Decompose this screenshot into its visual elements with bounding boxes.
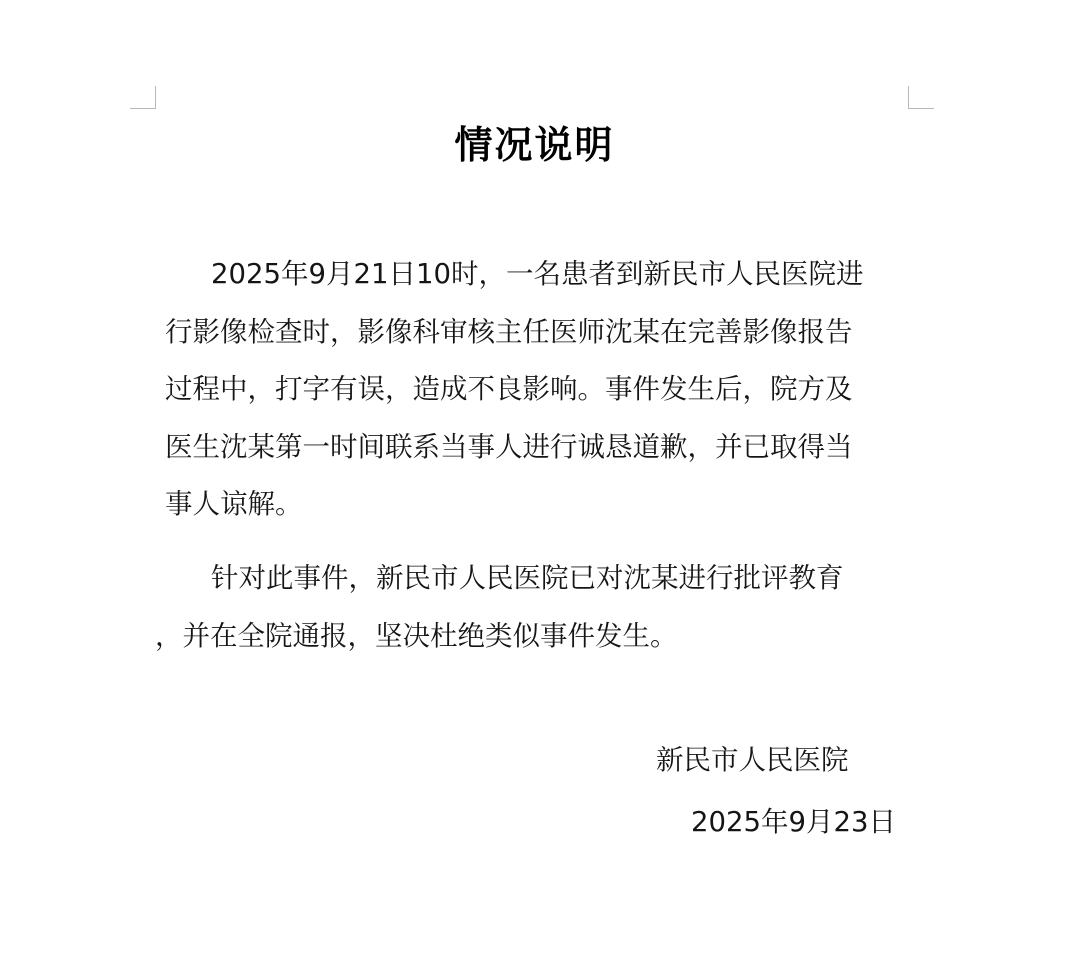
paragraph-1: 2025年9月21日10时，一名患者到新民市人民医院进 行影像检查时，影像科审核…	[165, 246, 915, 534]
paragraph-1-line: 事人谅解。	[165, 476, 915, 534]
paragraph-2: 针对此事件，新民市人民医院已对沈某进行批评教育 ，并在全院通报，坚决杜绝类似事件…	[155, 550, 915, 665]
paragraph-1-line: 2025年9月21日10时，一名患者到新民市人民医院进	[165, 246, 915, 304]
paragraph-2-line: 针对此事件，新民市人民医院已对沈某进行批评教育	[155, 550, 915, 608]
paragraph-1-line: 行影像检查时，影像科审核主任医师沈某在完善影像报告	[165, 304, 915, 362]
paragraph-2-line: ，并在全院通报，坚决杜绝类似事件发生。	[155, 608, 915, 666]
document-title: 情况说明	[0, 120, 1069, 170]
signature-date: 2025年9月23日	[691, 800, 896, 844]
signature-organization: 新民市人民医院	[656, 738, 849, 782]
margin-corner-mark-top-right	[908, 86, 934, 109]
margin-corner-mark-top-left	[130, 86, 156, 109]
document-page: 情况说明 2025年9月21日10时，一名患者到新民市人民医院进 行影像检查时，…	[0, 0, 1069, 964]
paragraph-1-line: 过程中，打字有误，造成不良影响。事件发生后，院方及	[165, 361, 915, 419]
paragraph-1-line: 医生沈某第一时间联系当事人进行诚恳道歉，并已取得当	[165, 419, 915, 477]
